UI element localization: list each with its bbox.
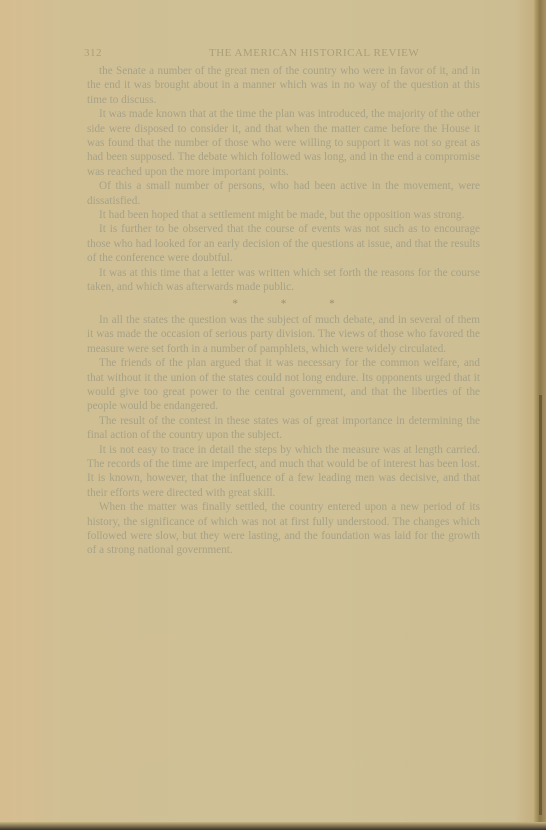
paragraph: It is further to be observed that the co… <box>87 222 480 265</box>
binding-shadow <box>539 395 542 815</box>
running-head-title: THE AMERICAN HISTORICAL REVIEW <box>209 47 419 59</box>
body-text: the Senate a number of the great men of … <box>87 64 480 558</box>
paragraph: When the matter was finally settled, the… <box>87 500 480 558</box>
section-separator: * * * <box>87 297 480 311</box>
page-number: 312 <box>84 47 102 59</box>
paragraph: It was at this time that a letter was wr… <box>87 266 480 295</box>
paragraph: It had been hoped that a settlement migh… <box>87 208 480 222</box>
page-bottom-edge <box>0 822 546 830</box>
paragraph: In all the states the question was the s… <box>87 313 480 356</box>
paragraph: The friends of the plan argued that it w… <box>87 356 480 414</box>
paragraph: It is not easy to trace in detail the st… <box>87 443 480 501</box>
paragraph: The result of the contest in these state… <box>87 414 480 443</box>
paragraph: It was made known that at the time the p… <box>87 107 480 179</box>
running-head: 312 THE AMERICAN HISTORICAL REVIEW <box>84 47 484 61</box>
paragraph: the Senate a number of the great men of … <box>87 64 480 107</box>
paragraph: Of this a small number of persons, who h… <box>87 179 480 208</box>
scanned-page: 312 THE AMERICAN HISTORICAL REVIEW the S… <box>0 0 536 822</box>
